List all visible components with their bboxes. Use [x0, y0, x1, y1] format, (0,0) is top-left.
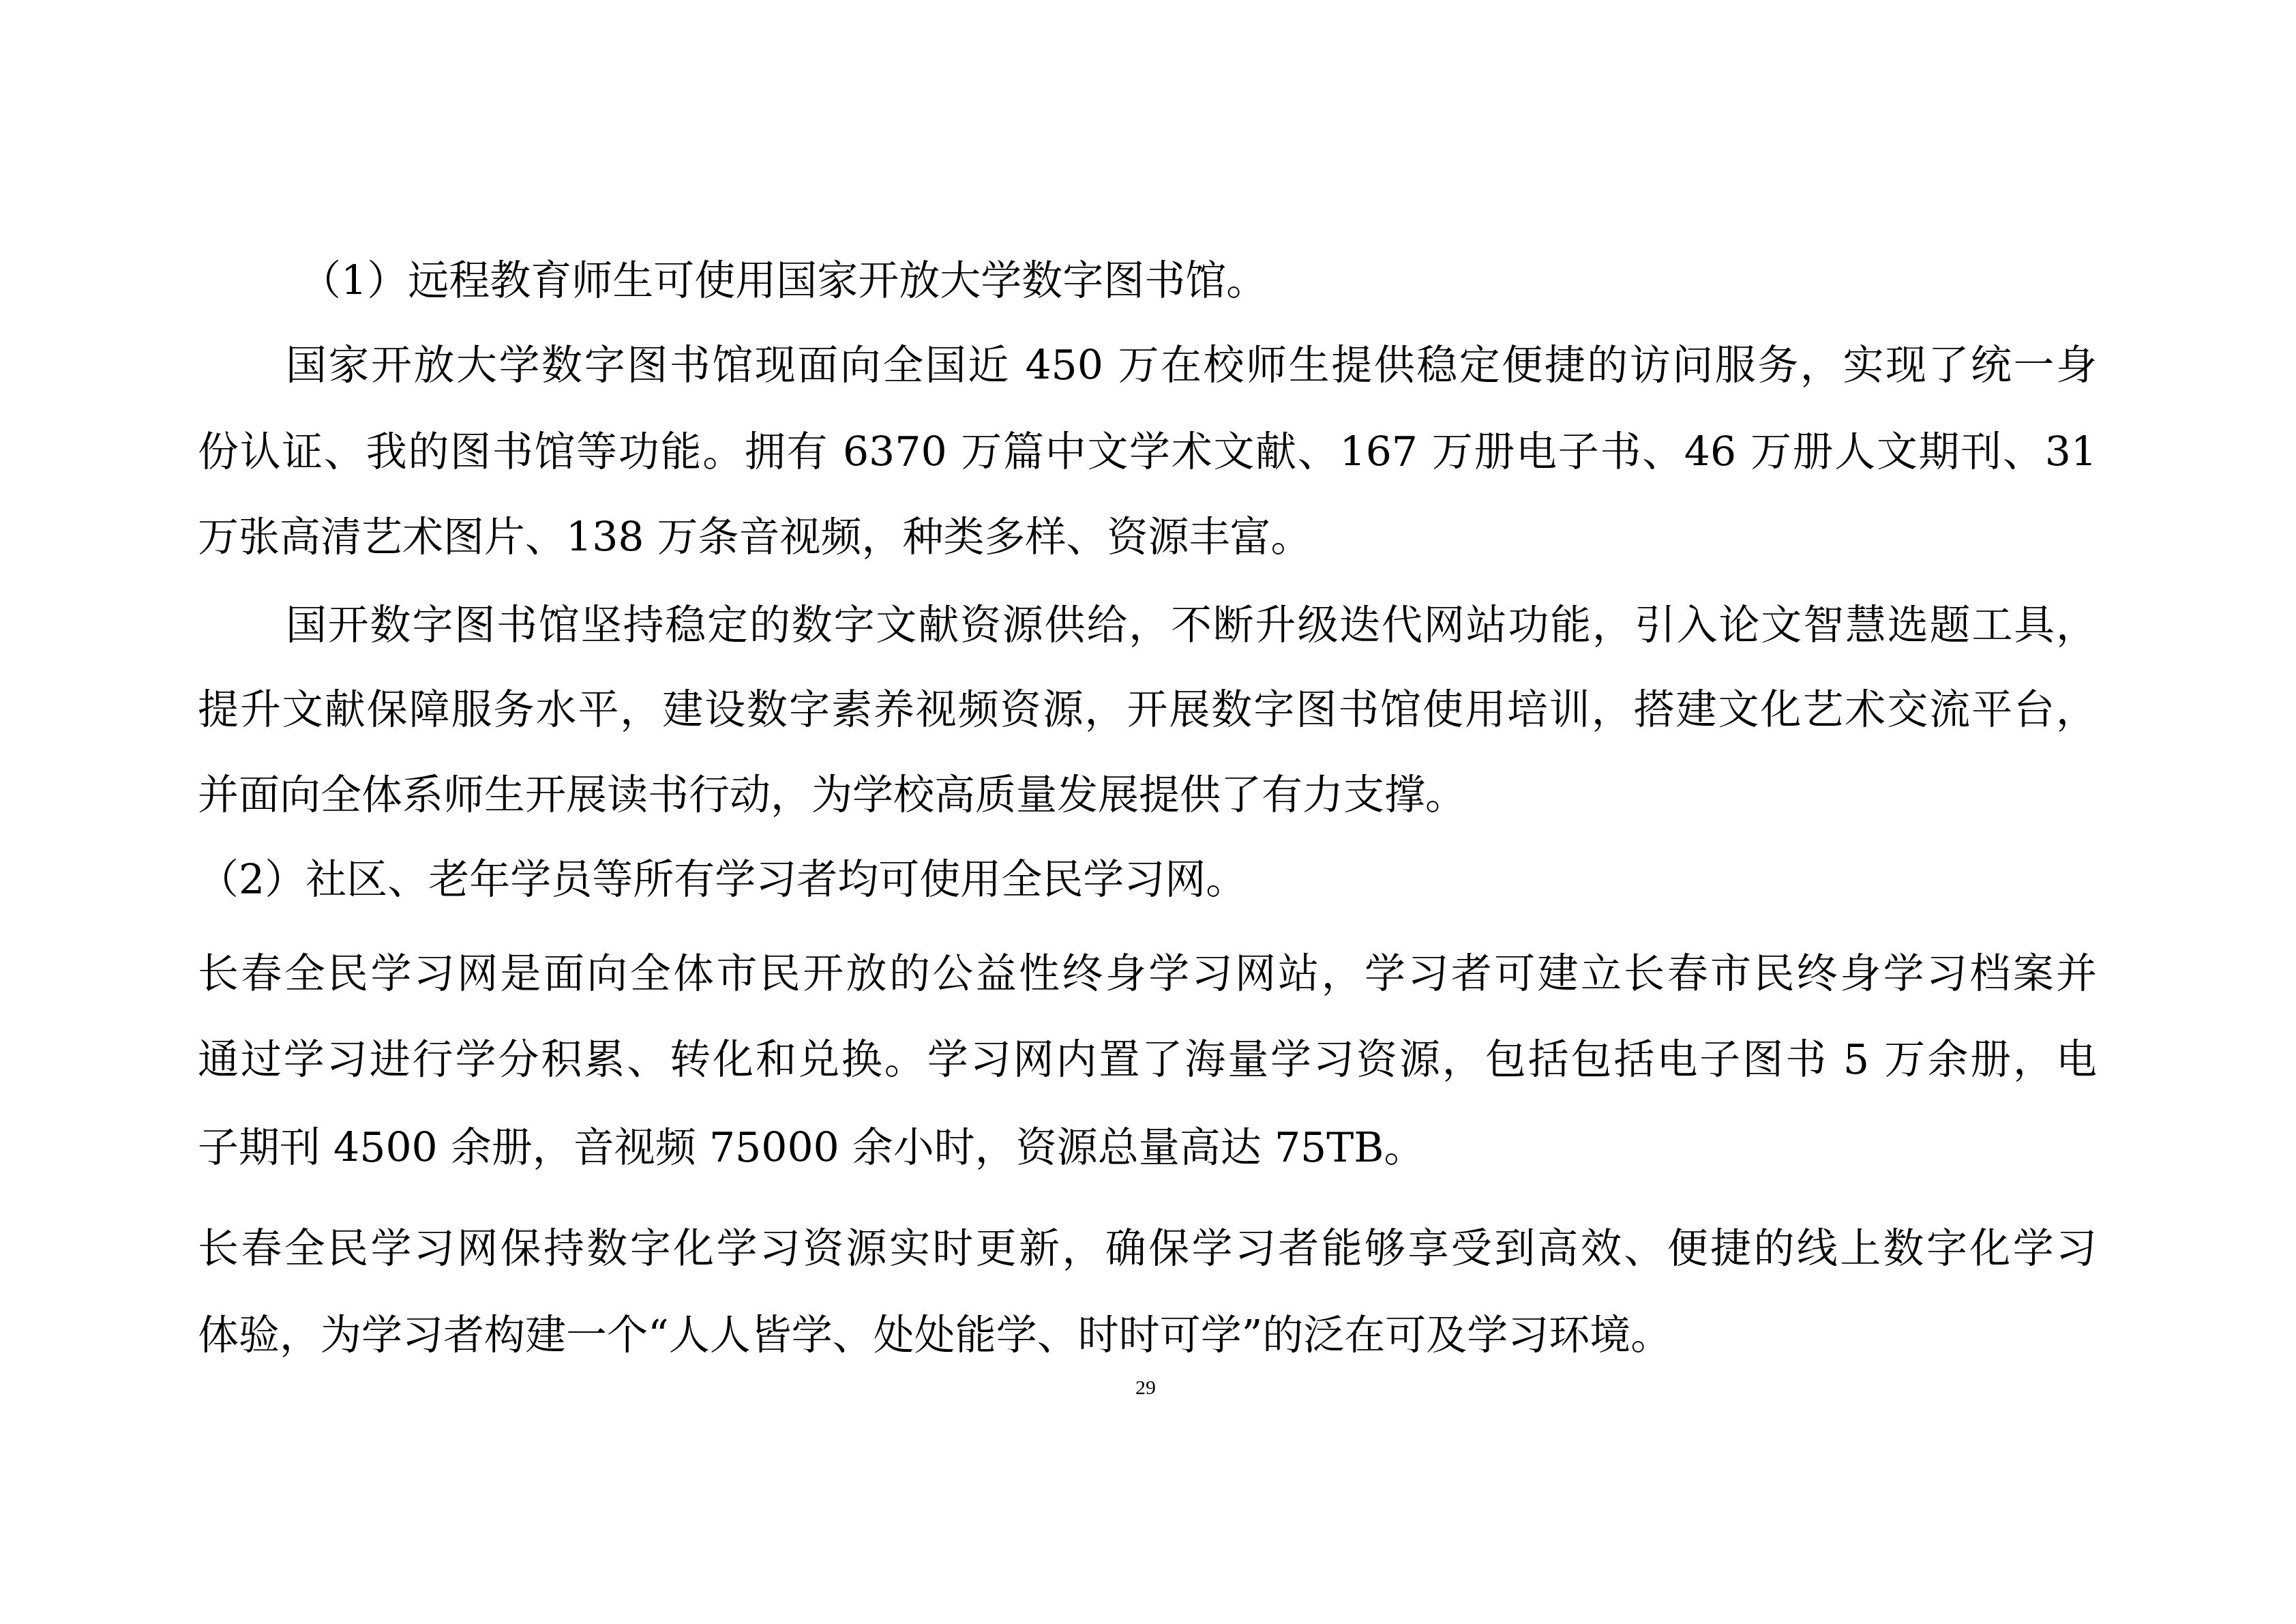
- paragraph-1-line-3: 万张高清艺术图片、138 万条音视频，种类多样、资源丰富。: [198, 510, 1312, 565]
- section-heading-2: （2）社区、老年学员等所有学习者均可使用全民学习网。: [198, 853, 1247, 907]
- paragraph-2-line-2: 提升文献保障服务水平，建设数字素养视频资源，开展数字图书馆使用培训，搭建文化艺术…: [198, 683, 2097, 737]
- paragraph-3-line-2: 通过学习进行学分积累、转化和兑换。学习网内置了海量学习资源，包括包括电子图书 5…: [198, 1033, 2097, 1087]
- section-heading-1: （1）远程教育师生可使用国家开放大学数字图书馆。: [300, 254, 1267, 308]
- paragraph-3-line-3: 子期刊 4500 余册，音视频 75000 余小时，资源总量高达 75TB。: [198, 1121, 1425, 1175]
- paragraph-1-line-1: 国家开放大学数字图书馆现面向全国近 450 万在校师生提供稳定便捷的访问服务，实…: [286, 338, 2097, 393]
- page-number: 29: [1135, 1374, 1156, 1402]
- paragraph-1-line-2: 份认证、我的图书馆等功能。拥有 6370 万篇中文学术文献、167 万册电子书、…: [198, 425, 2097, 479]
- paragraph-2-line-3: 并面向全体系师生开展读书行动，为学校高质量发展提供了有力支撑。: [198, 768, 1466, 823]
- paragraph-3-line-1: 长春全民学习网是面向全体市民开放的公益性终身学习网站，学习者可建立长春市民终身学…: [198, 947, 2097, 1001]
- paragraph-4-line-1: 长春全民学习网保持数字化学习资源实时更新，确保学习者能够享受到高效、便捷的线上数…: [198, 1222, 2097, 1276]
- paragraph-4-line-2: 体验，为学习者构建一个“人人皆学、处处能学、时时可学”的泛在可及学习环境。: [198, 1308, 1671, 1363]
- paragraph-2-line-1: 国开数字图书馆坚持稳定的数字文献资源供给，不断升级迭代网站功能，引入论文智慧选题…: [286, 598, 2097, 653]
